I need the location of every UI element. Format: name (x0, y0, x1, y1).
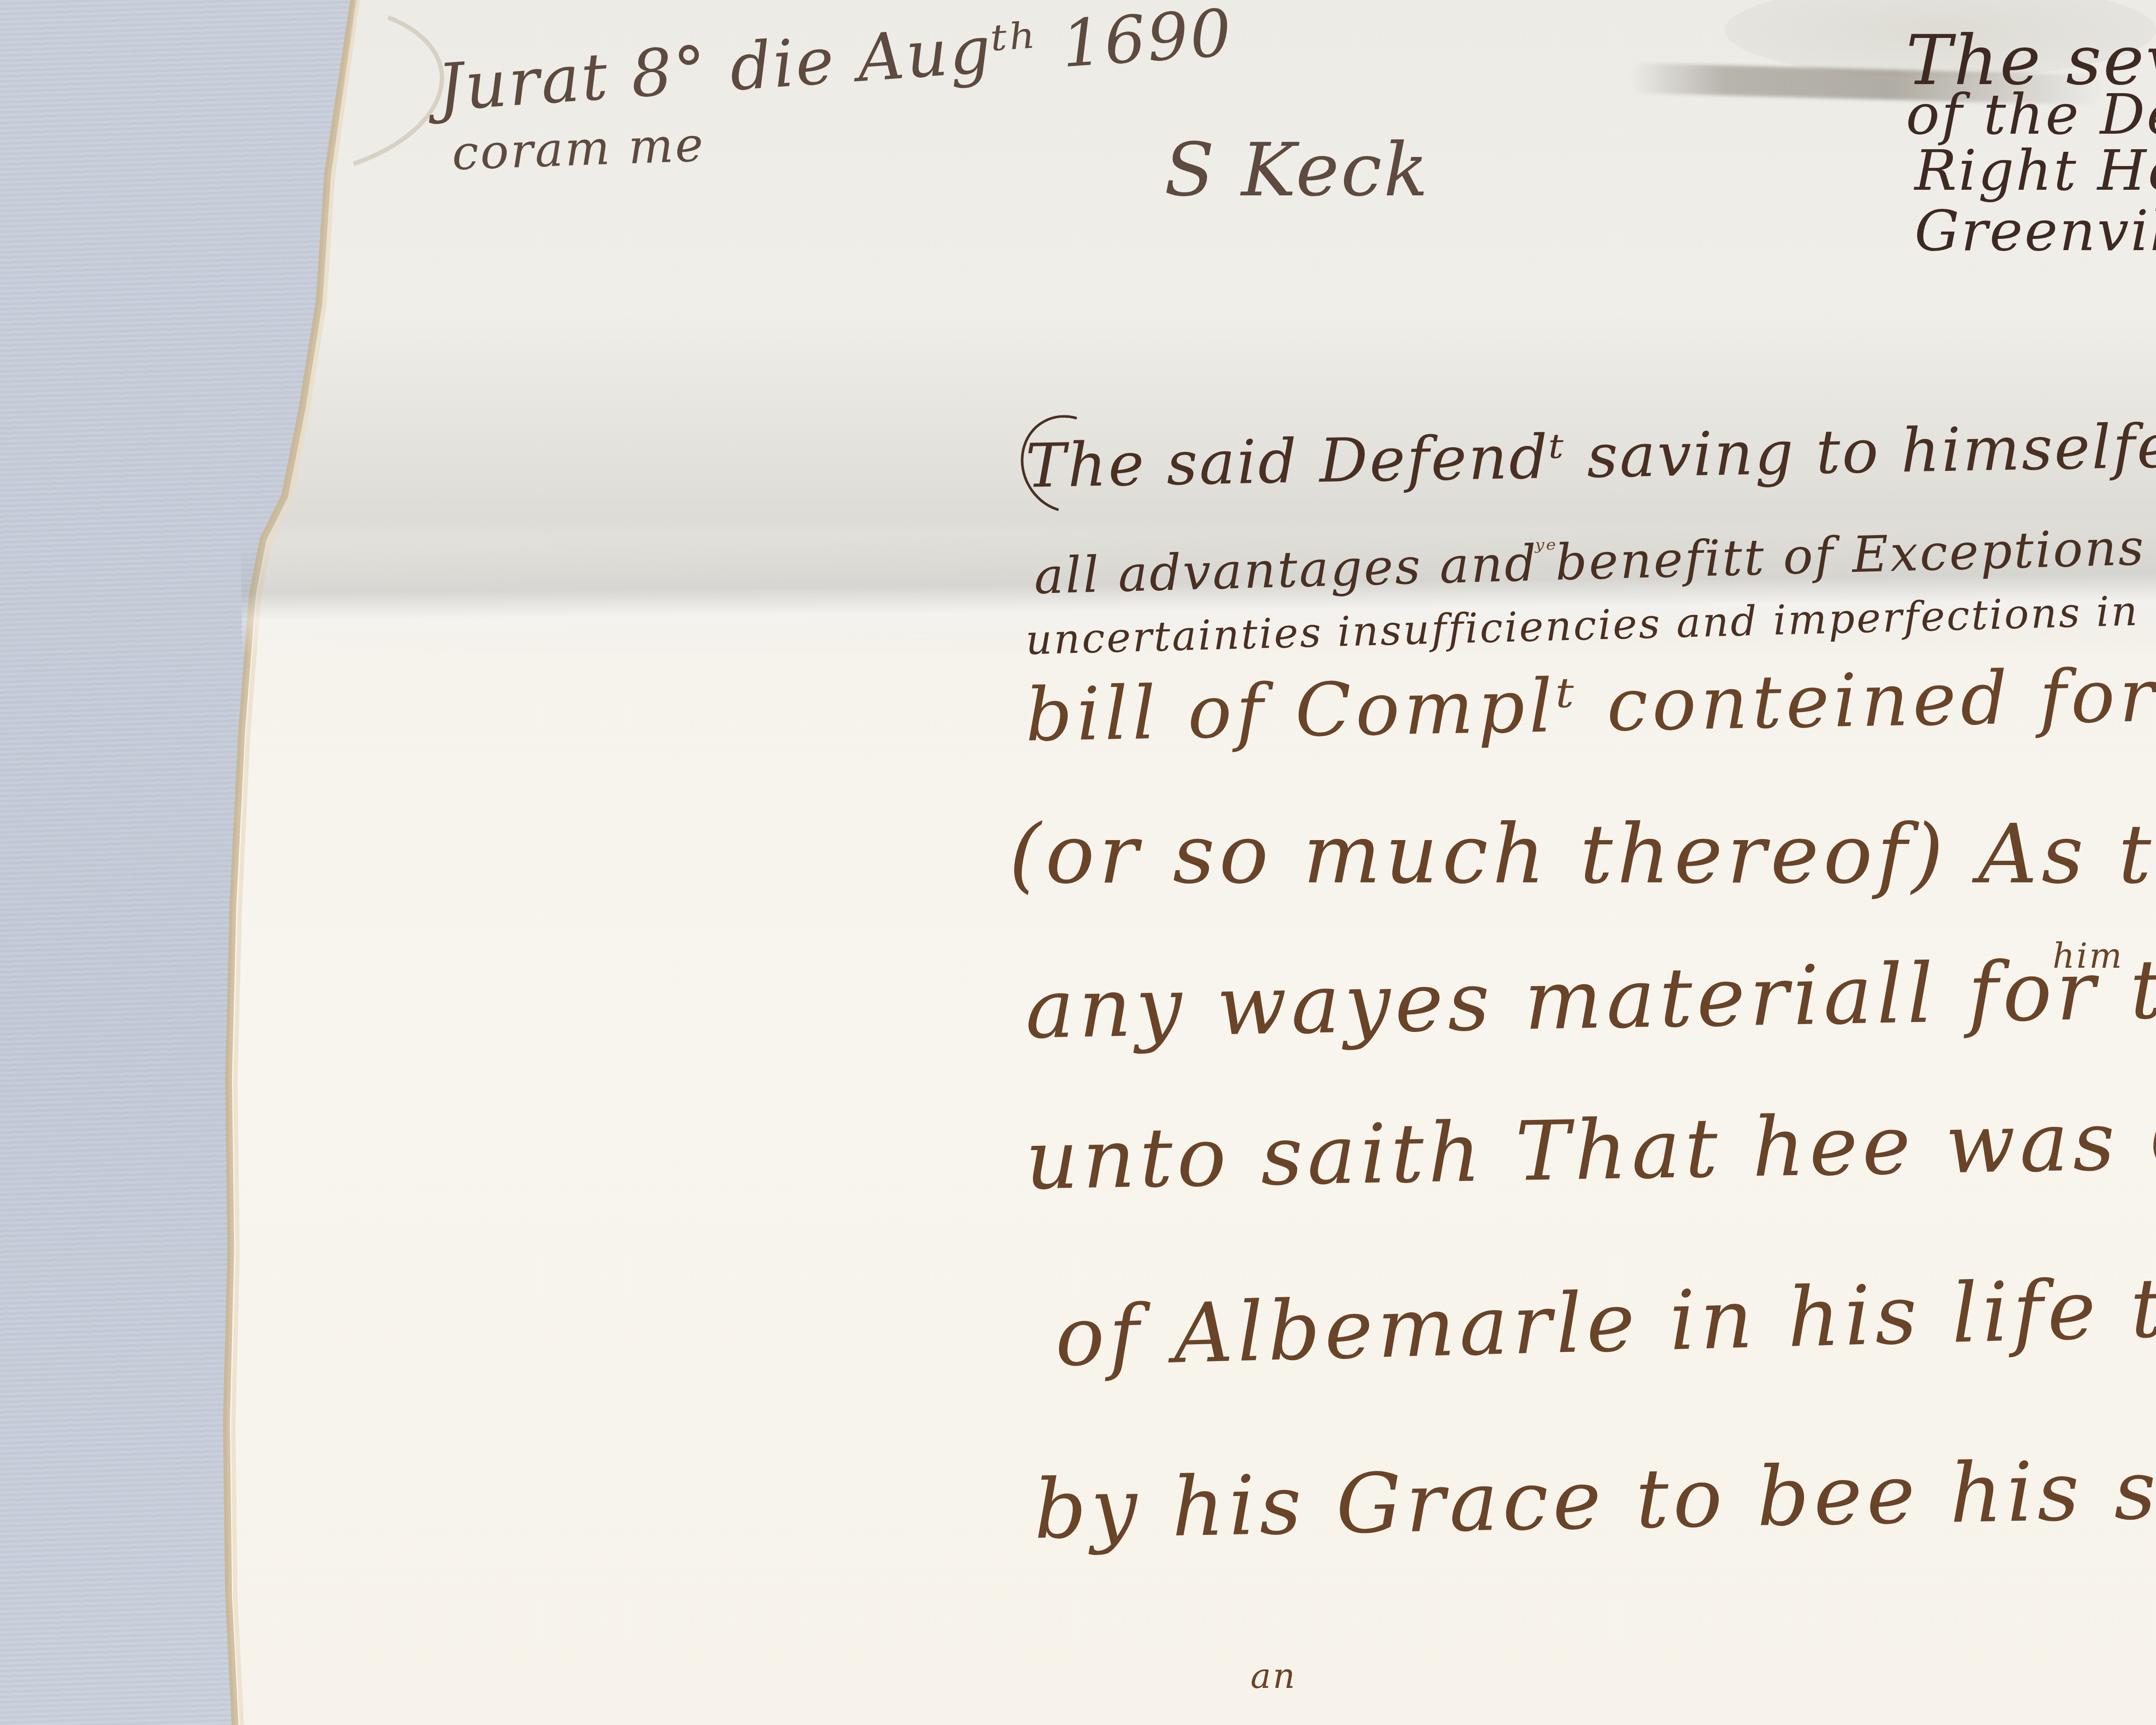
body-line-10-interlineation: an (1250, 1656, 1297, 1696)
header-line-3: Right Honoᵇˡᵉ John (1915, 142, 2156, 198)
jurat-signature: S Keck (1164, 134, 1430, 207)
photo-scene: Jurat 8° die Augᵗʰ 1690 coram me S Keck … (0, 0, 2156, 1725)
body-line-5: (or so much thereof) As this Def (1009, 806, 2156, 902)
header-line-4: Greenvill Esqʳ and (1915, 203, 2156, 259)
jurat-line-2: coram me (451, 121, 705, 177)
header-line-2: of the Defendᵗˢ to the (1906, 86, 2156, 142)
